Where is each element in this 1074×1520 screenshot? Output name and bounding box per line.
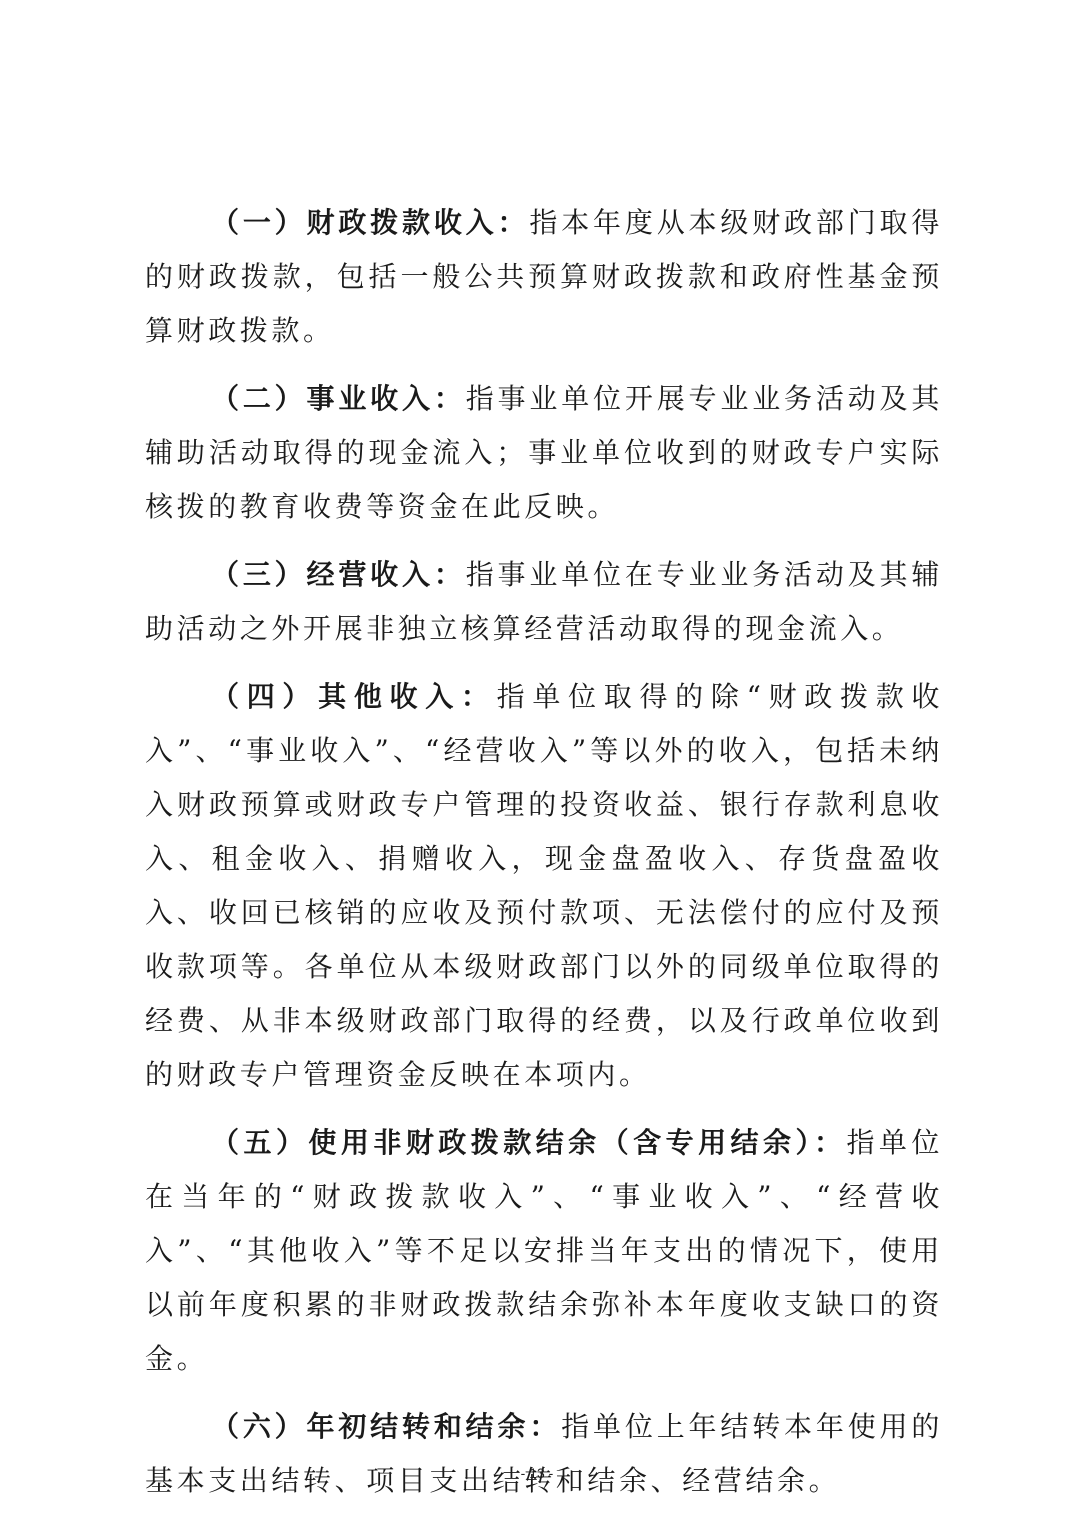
paragraph-body: 指单位取得的除“财政拨款收入”、“事业收入”、“经营收入”等以外的收入，包括未纳… bbox=[145, 680, 943, 1091]
paragraph-other-income: （四）其他收入：指单位取得的除“财政拨款收入”、“事业收入”、“经营收入”等以外… bbox=[145, 670, 943, 1102]
paragraph-heading: （四）其他收入： bbox=[211, 680, 497, 713]
document-page: （一）财政拨款收入：指本年度从本级财政部门取得的财政拨款，包括一般公共预算财政拨… bbox=[145, 196, 943, 1520]
paragraph-operating-income: （三）经营收入：指事业单位在专业业务活动及其辅助活动之外开展非独立核算经营活动取… bbox=[145, 548, 943, 656]
paragraph-heading: （三）经营收入： bbox=[211, 558, 466, 591]
paragraph-body: 指单位在当年的“财政拨款收入”、“事业收入”、“经营收入”、“其他收入”等不足以… bbox=[145, 1126, 943, 1375]
paragraph-heading: （一）财政拨款收入： bbox=[211, 206, 529, 239]
paragraph-heading: （五）使用非财政拨款结余（含专用结余）： bbox=[211, 1126, 846, 1159]
paragraph-heading: （六）年初结转和结余： bbox=[211, 1410, 561, 1443]
page-number: - 13 - bbox=[0, 1465, 1074, 1481]
paragraph-non-fiscal-balance: （五）使用非财政拨款结余（含专用结余）：指单位在当年的“财政拨款收入”、“事业收… bbox=[145, 1116, 943, 1386]
paragraph-carryover-balance: （六）年初结转和结余：指单位上年结转本年使用的基本支出结转、项目支出结转和结余、… bbox=[145, 1400, 943, 1508]
paragraph-heading: （二）事业收入： bbox=[211, 382, 466, 415]
paragraph-fiscal-appropriation-income: （一）财政拨款收入：指本年度从本级财政部门取得的财政拨款，包括一般公共预算财政拨… bbox=[145, 196, 943, 358]
paragraph-business-income: （二）事业收入：指事业单位开展专业业务活动及其辅助活动取得的现金流入；事业单位收… bbox=[145, 372, 943, 534]
